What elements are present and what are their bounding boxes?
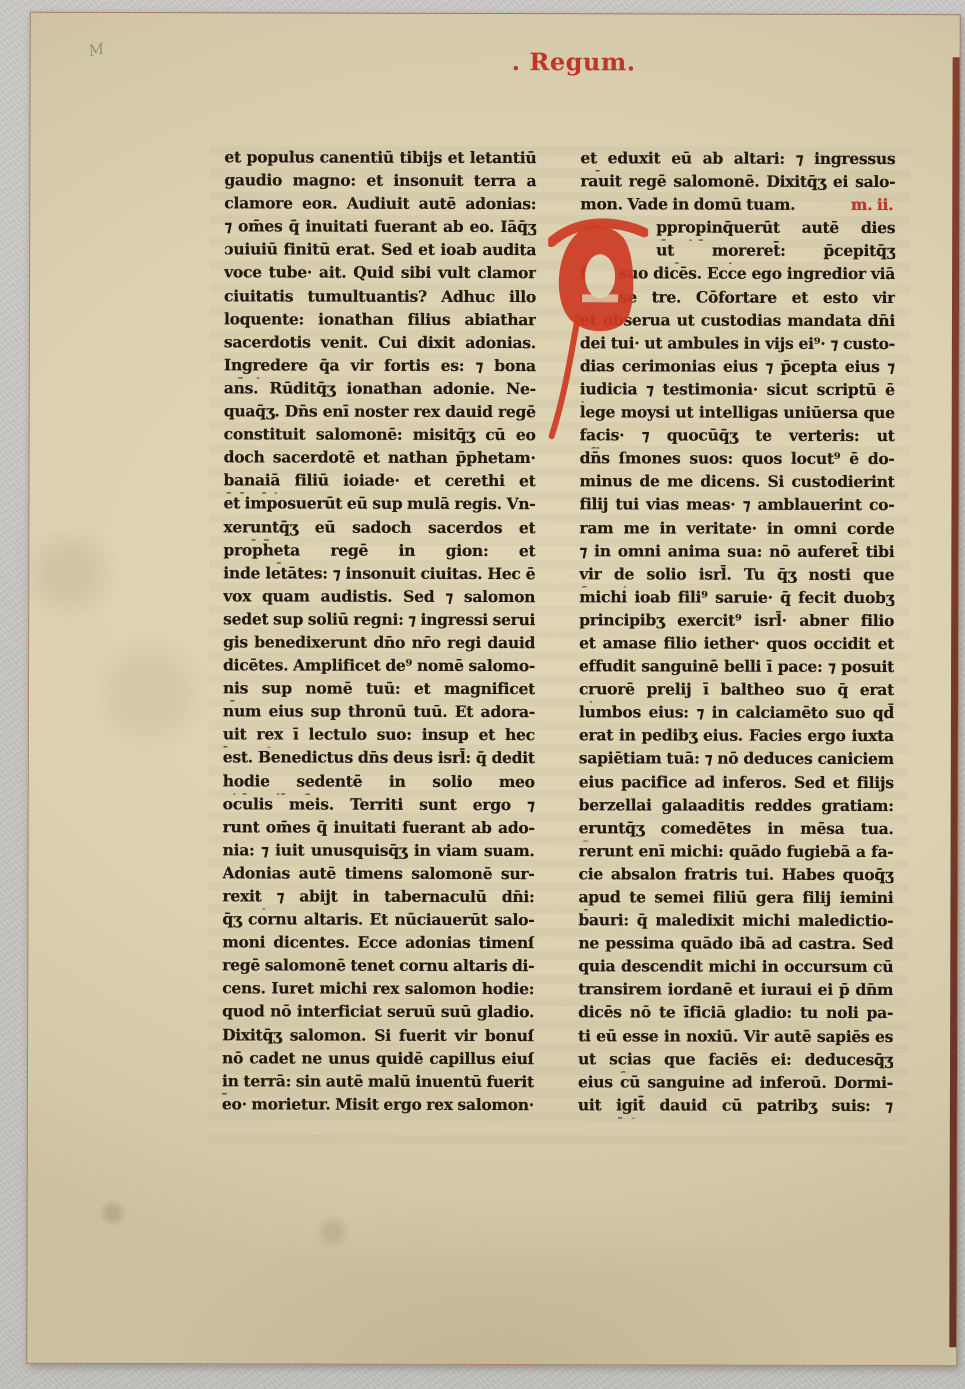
- text-line: est. Benedictus dn̄s deus isrl̄: q̄ dedi…: [223, 748, 535, 772]
- text-line: regē salomonē tenet cornu altaris di-: [222, 956, 534, 980]
- text-line: rexit ⁊ abijt in tabernaculū dn̄i: tenui…: [222, 886, 534, 910]
- text-line: principibʒ exercit⁹ isrl̄· abner filio n…: [579, 610, 894, 634]
- text-line: ɔuiuiū finitū erat. Sed et ioab audita: [224, 240, 536, 264]
- text-line: erat in pedibʒ eius. Facies ergo iuxta: [579, 726, 894, 750]
- text-line: sacerdotis venit. Cui dixit adonias.: [224, 332, 536, 356]
- text-line: runt om̄es q̄ inuitati fuerant ab ado-: [223, 817, 535, 841]
- text-line: lumbos eius: ⁊ in calciamēto suo qd̄: [579, 702, 894, 726]
- text-line: cens. Iuret michi rex salomon hodie:: [222, 979, 534, 1003]
- text-line: filio suo dicēs. Ecce ego ingredior viā: [580, 264, 895, 288]
- text-line: moni dicentes. Ecce adonias timenſ: [222, 932, 534, 956]
- chapter-heading-line: mon. Vade in domū tuam. m. ii.: [580, 194, 895, 218]
- text-line: gis benedixerunt dn̄o nr̄o regi dauid: [223, 632, 535, 656]
- text-line: iudicia ⁊ testimonia· sicut scriptū ē in: [580, 379, 895, 403]
- text-line: et obserua ut custodias mandata dn̄i: [580, 310, 895, 334]
- right-text-column: et eduxit eū ab altari: ⁊ ingressus ado-…: [578, 148, 896, 1119]
- lines-after-chapter: filio suo dicēs. Ecce ego ingredior viāu…: [578, 264, 895, 1119]
- text-line: uit igit̄ dauid cū patribʒ suis: ⁊ sepul…: [578, 1095, 893, 1119]
- text-line: nia: ⁊ iuit unusquisq̄ʒ in viam suam.: [223, 840, 535, 864]
- text-line: nō cadet ne unus quidē capillus eiuſ: [222, 1048, 534, 1072]
- text-line: num eius sup thronū tuū. Et adora-: [223, 702, 535, 726]
- running-title: . Regum.: [479, 47, 669, 76]
- text-line: Dixitq̄ʒ salomon. Si fuerit vir bonuſ: [222, 1025, 534, 1049]
- text-line: ti eū esse in noxiū. Vir autē sapiēs es: [578, 1026, 893, 1050]
- text-line: dias cerimonias eius ⁊ p̄cepta eius ⁊: [580, 356, 895, 380]
- text-line: ne pessima quādo ibā ad castra. Sed: [578, 933, 893, 957]
- text-line: sedet sup soliū regni: ⁊ ingressi serui …: [223, 609, 535, 633]
- manuscript-leaf: M . Regum. et populus canentiū tibijs et…: [26, 12, 961, 1366]
- text-line: loquente: ionathan filius abiathar: [224, 309, 536, 333]
- text-line: minus de me dicens. Si custodierint: [580, 472, 895, 496]
- text-line: Adonias autē timens salomonē sur-: [222, 863, 534, 887]
- chapter-line-text: mon. Vade in domū tuam.: [580, 194, 795, 214]
- text-line: dicēs nō te īficiā gladio: tu noli pa-: [578, 1003, 893, 1027]
- text-line: eruntq̄ʒ comedētes in mēsa tua. Occur-: [579, 818, 894, 842]
- text-line: lege moysi ut intelligas uniūersa que: [580, 402, 895, 426]
- text-line: et imposuerūt eū sup mulā regis. Vn-: [223, 494, 535, 518]
- text-line: dn̄s ſmones suos: quos locut⁹ ē do-: [580, 448, 895, 472]
- text-line: eius pacifice ad inferos. Sed et filijs: [579, 772, 894, 796]
- text-line: ut moreret̄: p̄cepitq̄ʒ salomoni: [656, 241, 895, 265]
- text-line: effudit sanguinē belli ī pace: ⁊ posuit: [579, 656, 894, 680]
- text-line: dei tui· ut ambules in vijs ei⁹· ⁊ custo…: [580, 333, 895, 357]
- indented-lines: ppropinq̄uerūt autē dies dauidut moreret…: [580, 218, 895, 265]
- text-line: ram me in veritate· in omni corde suo·: [579, 518, 894, 542]
- text-line: michi ioab fili⁹ saruie· q̄ fecit duobʒ: [579, 587, 894, 611]
- text-line: propheta regē in gion: et ascenderunt: [223, 540, 535, 564]
- text-line: filij tui vias meas· ⁊ amblauerint co-: [579, 495, 894, 519]
- text-line: banaiā filiū ioiade· et cerethi et felet…: [224, 471, 536, 495]
- text-line: quod nō interficiat seruū suū gladio.: [222, 1002, 534, 1026]
- text-line: clamore eoʀ. Audiuit autē adonias:: [224, 193, 536, 217]
- text-line: vox quam audistis. Sed ⁊ salomon: [223, 586, 535, 610]
- text-line: et amase filio iether· quos occidit et: [579, 633, 894, 657]
- left-text-column: et populus canentiū tibijs et letantiūga…: [222, 147, 537, 1118]
- text-line: nis sup nomē tuū: et magnificet thro-: [223, 678, 535, 702]
- text-line: inde letātes: ⁊ insonuit ciuitas. Hec ē: [223, 563, 535, 587]
- chapter-number-rubric: m. ii.: [851, 195, 895, 214]
- text-line: ppropinq̄uerūt autē dies dauid: [656, 218, 895, 242]
- text-line: ans. Rūditq̄ʒ ionathan adonie. Ne-: [224, 378, 536, 402]
- text-line: eius cū sanguine ad inferoū. Dormi-: [578, 1072, 893, 1096]
- text-line: bauri: q̄ maledixit michi maledictio-: [578, 910, 893, 934]
- text-line: cie absalon fratris tui. Habes quoq̄ʒ: [578, 864, 893, 888]
- text-line: ciuitatis tumultuantis? Adhuc illo: [224, 286, 536, 310]
- text-line: in terrā: sin autē malū inuentū fuerit ī: [222, 1071, 534, 1095]
- text-line: apud te semei filiū gera filij iemini de: [578, 887, 893, 911]
- text-line: uit rex ī lectulo suo: insup et hec locu…: [223, 725, 535, 749]
- text-line: et eduxit eū ab altari: ⁊ ingressus ado-: [580, 148, 895, 172]
- text-line: berzellai galaaditis reddes gratiam:: [579, 795, 894, 819]
- lines-before-chapter: et eduxit eū ab altari: ⁊ ingressus ado-…: [580, 148, 895, 195]
- text-line: hodie sedentē in solio meo videntibuſ: [223, 771, 535, 795]
- text-line: cruorē prelij ī baltheo suo q̄ erat circ…: [579, 679, 894, 703]
- text-line: eo· morietur. Misit ergo rex salomon·: [222, 1094, 534, 1118]
- text-line: gaudio magno: et insonuit terra a: [224, 170, 536, 194]
- text-line: constituit salomonē: misitq̄ʒ cū eo sa-: [224, 424, 536, 448]
- text-line: uniūse tre. Cōfortare et esto vir fortis…: [580, 287, 895, 311]
- stained-page-edge: [949, 57, 959, 1347]
- text-line: rauit regē salomonē. Dixitq̄ʒ ei salo-: [580, 171, 895, 195]
- text-line: ut scias que faciēs ei: deducesq̄ʒ canoſ: [578, 1049, 893, 1073]
- text-line: voce tube· ait. Quid sibi vult clamor: [224, 263, 536, 287]
- text-line: ⁊ in omni anima sua: nō auferet̄ tibi: [579, 541, 894, 565]
- text-line: oculis meis. Territi sunt ergo ⁊ surrexe…: [223, 794, 535, 818]
- text-line: et populus canentiū tibijs et letantiū: [224, 147, 536, 171]
- text-line: dicētes. Amplificet de⁹ nomē salomo-: [223, 655, 535, 679]
- text-line: ⁊ om̄es q̄ inuitati fuerant ab eo. Iāq̄ʒ: [224, 217, 536, 241]
- pencil-marginalia: M: [87, 40, 106, 61]
- text-line: facis· ⁊ quocūq̄ʒ te verteris: ut ɔfirme…: [580, 425, 895, 449]
- text-line: transirem iordanē et iuraui ei p̄ dn̄m: [578, 980, 893, 1004]
- text-line: quia descendit michi in occursum cū: [578, 957, 893, 981]
- text-line: Ingredere q̄a vir fortis es: ⁊ bona nūci…: [224, 355, 536, 379]
- text-line: rerunt enī michi: quādo fugiebā a fa-: [579, 841, 894, 865]
- text-line: doch sacerdotē et nathan p̄phetam· et: [224, 448, 536, 472]
- text-line: xeruntq̄ʒ eū sadoch sacerdos et nathā: [223, 517, 535, 541]
- text-line: vir de solio isrl̄. Tu q̄ʒ nosti que fec…: [579, 564, 894, 588]
- text-line: sapiētiam tuā: ⁊ nō deduces caniciem: [579, 749, 894, 773]
- text-line: quaq̄ʒ. Dn̄s enī noster rex dauid regē: [224, 401, 536, 425]
- text-line: q̄ʒ cornu altaris. Et nūciauerūt salo-: [222, 909, 534, 933]
